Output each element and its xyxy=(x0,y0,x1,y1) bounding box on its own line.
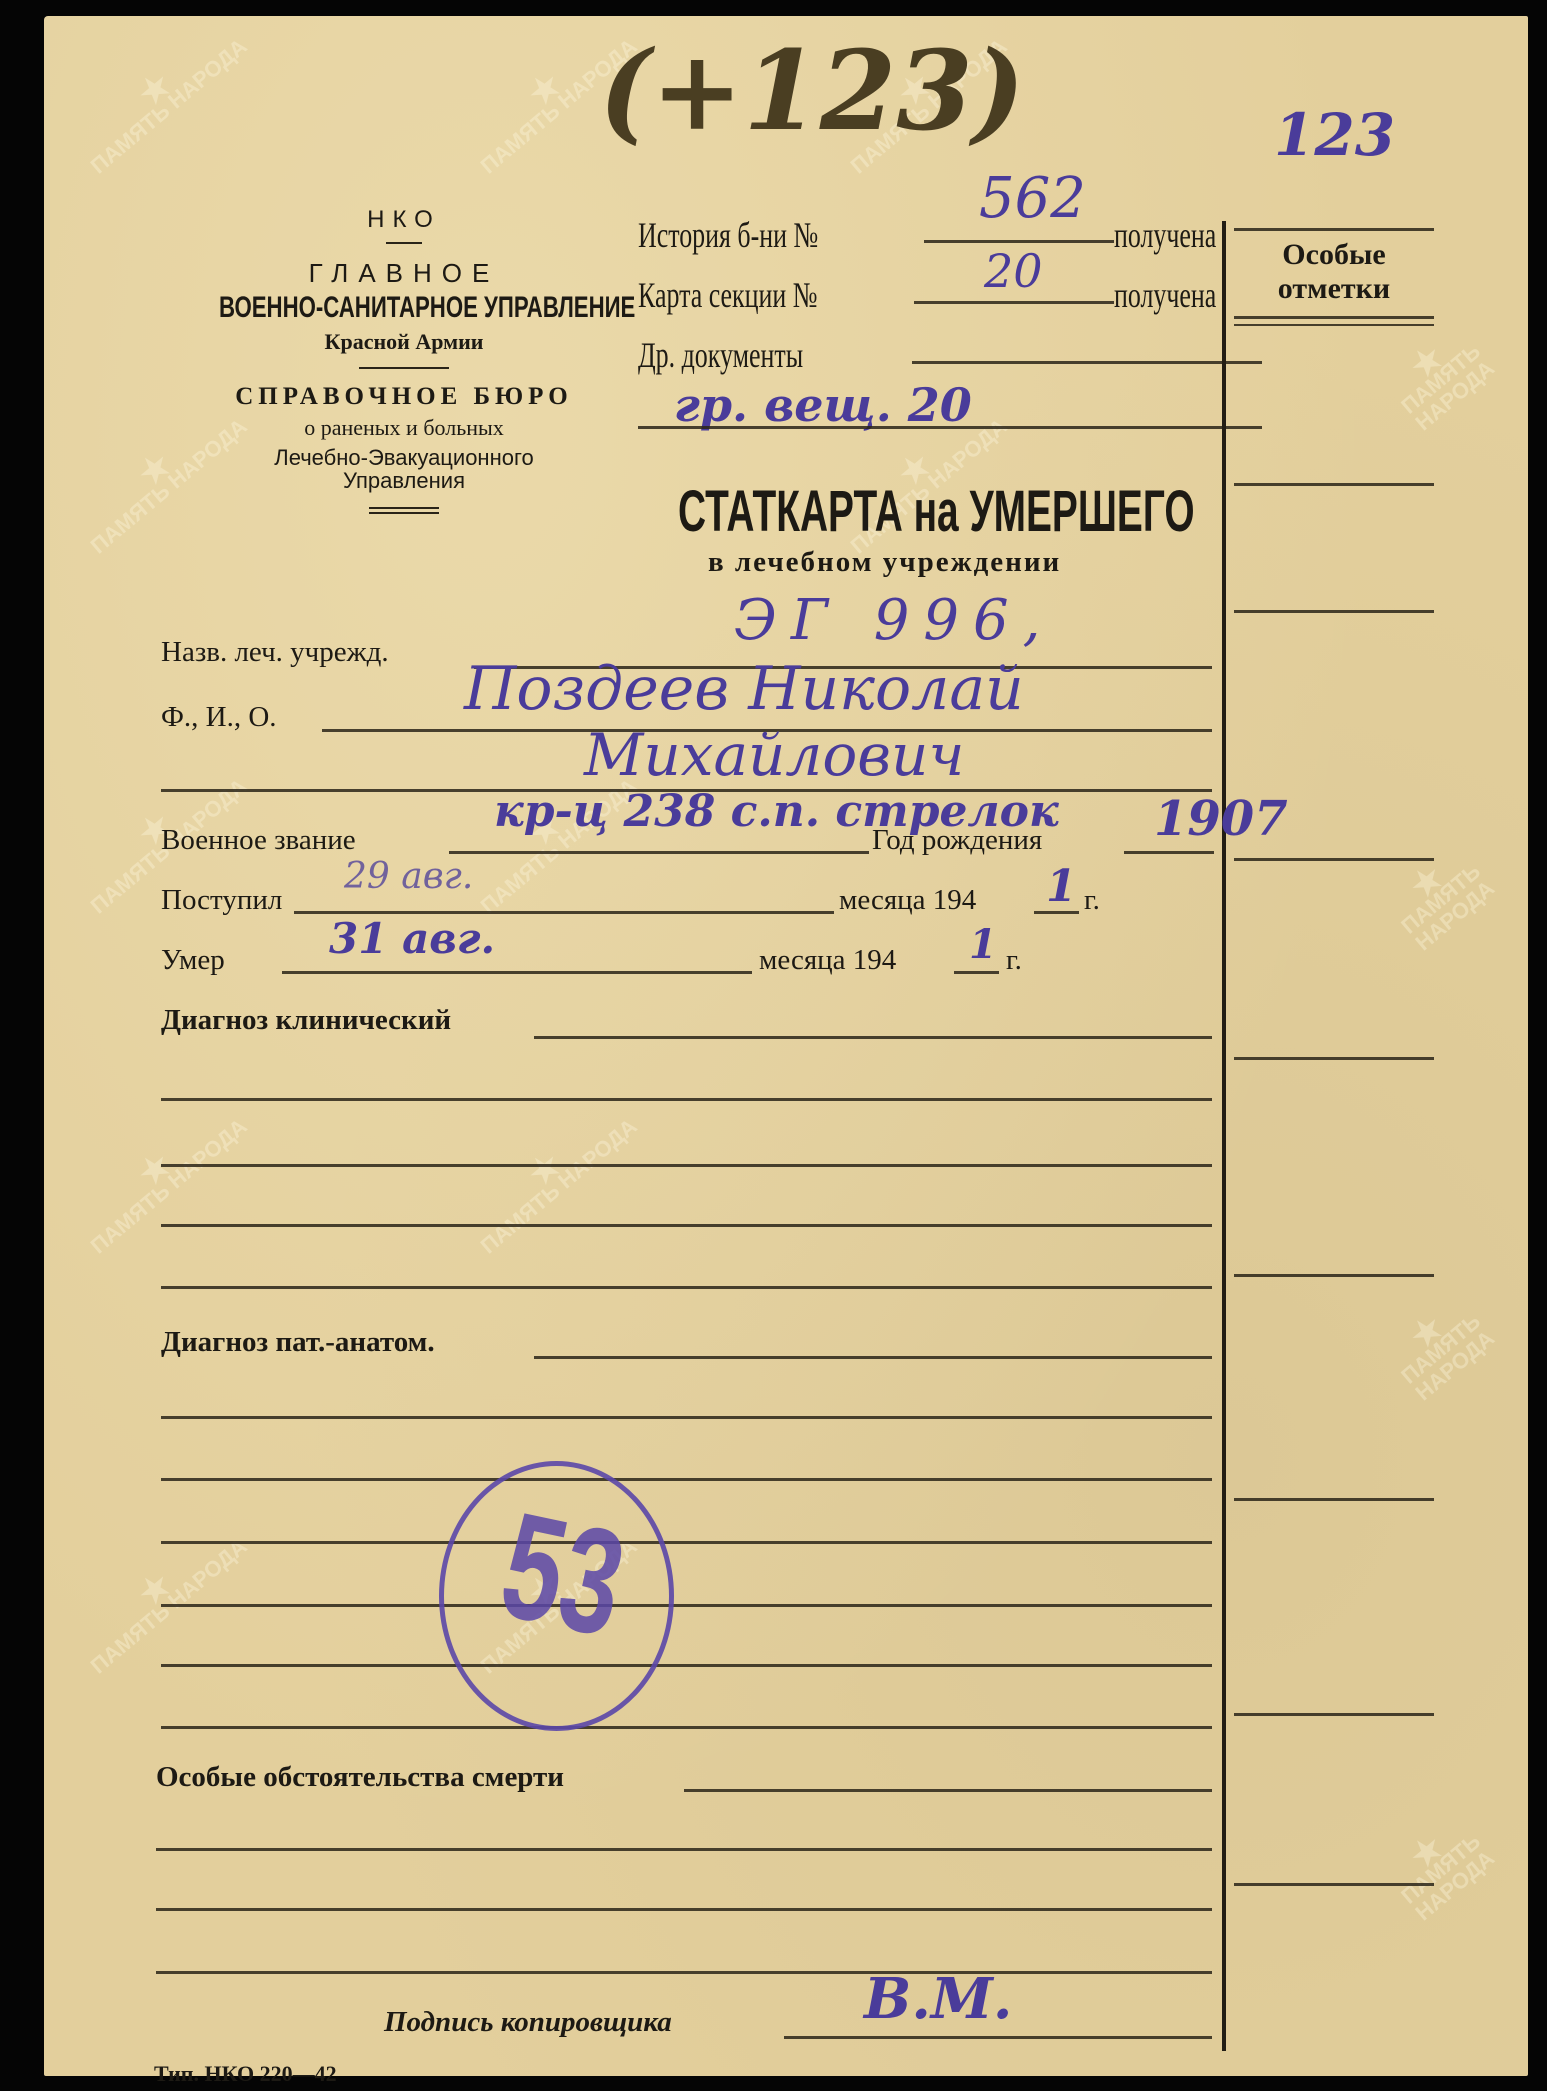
name-value-line1[interactable]: Поздеев Николай xyxy=(464,654,1024,724)
watermark-text: ПАМЯТЬ НАРОДА xyxy=(476,1114,642,1259)
clinical-line xyxy=(161,1286,1212,1289)
header-block: НКО ГЛАВНОЕ ВОЕННО-САНИТАРНОЕ УПРАВЛЕНИЕ… xyxy=(154,206,654,514)
pathology-diagnosis-label: Диагноз пат.-анатом. xyxy=(161,1326,435,1359)
birth-year-line xyxy=(1124,851,1214,854)
institution-value[interactable]: ЭГ 996, xyxy=(734,588,1054,653)
section-field-line xyxy=(914,301,1114,304)
section-label: Карта секции № xyxy=(638,274,817,316)
watermark: ★ПАМЯТЬ НАРОДА xyxy=(463,1098,641,1258)
birth-year-label: Год рождения xyxy=(872,824,1042,857)
watermark-text: ПАМЯТЬ НАРОДА xyxy=(86,34,252,179)
died-month-label: месяца 194 xyxy=(759,944,896,977)
died-year-suffix: г. xyxy=(1006,944,1022,977)
copyist-signature-label: Подпись копировщика xyxy=(384,2006,672,2039)
org-line1: ГЛАВНОЕ xyxy=(154,258,654,289)
printer-mark: Тип. НКО 220—42 xyxy=(154,2061,337,2087)
died-line xyxy=(282,971,752,974)
watermark: ★ПАМЯТЬ НАРОДА xyxy=(1353,1268,1529,1430)
clinical-line xyxy=(161,1098,1212,1101)
section-received: получена xyxy=(1114,274,1216,316)
star-icon: ★ xyxy=(1353,1268,1500,1397)
died-year-value[interactable]: 1 xyxy=(969,921,997,968)
died-label: Умер xyxy=(161,944,225,977)
side-column-rule xyxy=(1234,1274,1434,1277)
birth-year-value[interactable]: 1907 xyxy=(1154,791,1288,847)
side-column-rule xyxy=(1234,228,1434,231)
star-icon: ★ xyxy=(1353,1788,1500,1917)
divider xyxy=(359,367,449,369)
page-subtitle: в лечебном учреждении xyxy=(708,546,1061,579)
died-year-line xyxy=(954,971,999,974)
admitted-year-value[interactable]: 1 xyxy=(1046,861,1077,912)
org-short: НКО xyxy=(154,206,654,234)
institution-label: Назв. леч. учрежд. xyxy=(161,636,389,669)
page-title: СТАТКАРТА на УМЕРШЕГО xyxy=(678,478,1195,545)
watermark-text: ПАМЯТЬ НАРОДА xyxy=(1396,338,1499,435)
side-column-rule xyxy=(1234,1057,1434,1060)
divider xyxy=(369,507,439,509)
admitted-label: Поступил xyxy=(161,884,282,917)
star-icon: ★ xyxy=(73,1518,237,1661)
side-column-rule xyxy=(1234,483,1434,486)
pathology-line xyxy=(161,1726,1212,1729)
bureau-line1: СПРАВОЧНОЕ БЮРО xyxy=(154,383,654,411)
watermark: ★ПАМЯТЬ НАРОДА xyxy=(1353,818,1529,980)
star-icon: ★ xyxy=(73,18,237,161)
rank-label: Военное звание xyxy=(161,824,356,857)
watermark-text: ПАМЯТЬ НАРОДА xyxy=(86,1114,252,1259)
side-column-divider xyxy=(1222,221,1226,2051)
admitted-day-value[interactable]: 29 авг. xyxy=(344,856,473,897)
history-value[interactable]: 562 xyxy=(979,166,1086,231)
side-column-rule xyxy=(1234,858,1434,861)
pathology-line xyxy=(161,1664,1212,1667)
side-column-rule xyxy=(1234,1713,1434,1716)
divider xyxy=(386,242,422,244)
circumstances-line xyxy=(684,1789,1212,1792)
circumstances-line xyxy=(156,1848,1212,1851)
admitted-month-label: месяца 194 xyxy=(839,884,976,917)
side-column-rule xyxy=(1234,316,1434,319)
bureau-line4: Управления xyxy=(154,471,654,491)
history-received: получена xyxy=(1114,214,1216,256)
pathology-line xyxy=(161,1416,1212,1419)
clinical-line xyxy=(534,1036,1212,1039)
watermark-text: ПАМЯТЬ НАРОДА xyxy=(1396,858,1499,955)
archive-annotation: (+123) xyxy=(599,36,1025,146)
other-docs-label: Др. документы xyxy=(638,334,803,376)
side-column-rule xyxy=(1234,1498,1434,1501)
name-value-line2[interactable]: Михайлович xyxy=(584,721,964,789)
other-docs-value[interactable]: гр. вещ. 20 xyxy=(674,378,972,432)
death-statistical-card: ★ПАМЯТЬ НАРОДА ★ПАМЯТЬ НАРОДА ★ПАМЯТЬ НА… xyxy=(44,16,1528,2076)
history-field-line xyxy=(924,240,1114,243)
org-line2: ВОЕННО-САНИТАРНОЕ УПРАВЛЕНИЕ xyxy=(219,291,589,325)
copyist-signature: В.М. xyxy=(864,1966,1012,2032)
other-docs-line xyxy=(912,361,1262,364)
divider xyxy=(369,512,439,514)
bureau-line2: о раненых и больных xyxy=(154,415,654,441)
pathology-line xyxy=(534,1356,1212,1359)
circumstances-label: Особые обстоятельства смерти xyxy=(156,1761,564,1794)
side-column-rule xyxy=(1234,324,1434,326)
section-value[interactable]: 20 xyxy=(984,244,1043,298)
died-day-value[interactable]: 31 авг. xyxy=(329,914,495,963)
watermark: ★ПАМЯТЬ НАРОДА xyxy=(1353,1788,1529,1950)
history-label: История б-ни № xyxy=(638,214,818,256)
side-column-title-line2: отметки xyxy=(1234,272,1434,306)
rank-line xyxy=(449,851,869,854)
archive-number: 123 xyxy=(1274,101,1395,169)
circumstances-line xyxy=(156,1971,1212,1974)
clinical-line xyxy=(161,1224,1212,1227)
other-docs-line-2 xyxy=(638,426,1262,429)
clinical-diagnosis-label: Диагноз клинический xyxy=(161,1004,451,1037)
pathology-line xyxy=(161,1604,1212,1607)
watermark: ★ПАМЯТЬ НАРОДА xyxy=(73,18,251,178)
pathology-line xyxy=(161,1478,1212,1481)
watermark: ★ПАМЯТЬ НАРОДА xyxy=(1353,298,1529,460)
star-icon: ★ xyxy=(1353,818,1500,947)
copyist-signature-line xyxy=(784,2036,1212,2039)
admitted-year-suffix: г. xyxy=(1084,884,1100,917)
star-icon: ★ xyxy=(73,1098,237,1241)
side-column-title-line1: Особые xyxy=(1234,238,1434,272)
side-column-title: Особые отметки xyxy=(1234,238,1434,306)
org-line3: Красной Армии xyxy=(154,329,654,355)
side-column-rule xyxy=(1234,610,1434,613)
pathology-line xyxy=(161,1541,1212,1544)
name-label: Ф., И., О. xyxy=(161,701,277,734)
side-column-rule xyxy=(1234,1883,1434,1886)
watermark: ★ПАМЯТЬ НАРОДА xyxy=(73,1098,251,1258)
circumstances-line xyxy=(156,1908,1212,1911)
star-icon: ★ xyxy=(463,1098,627,1241)
clinical-line xyxy=(161,1164,1212,1167)
watermark-text: ПАМЯТЬ НАРОДА xyxy=(1396,1308,1499,1405)
watermark-text: ПАМЯТЬ НАРОДА xyxy=(1396,1828,1499,1925)
